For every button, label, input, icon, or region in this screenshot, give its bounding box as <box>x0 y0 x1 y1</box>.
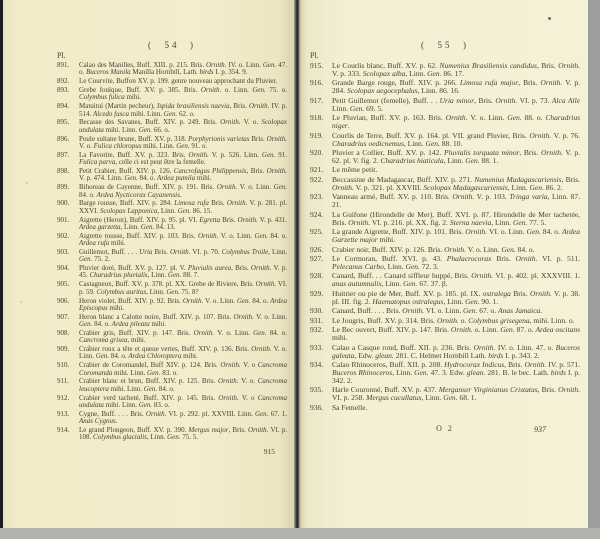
paper-speck <box>26 182 28 184</box>
catalog-entry: 903.Guillemot, Buff. . . . Uria Bris. Or… <box>57 249 287 264</box>
catalog-entry: 916.Grande Barge rouge, Buff. XIV. p. 26… <box>310 79 580 95</box>
catalog-entry: 900.Barge rousse, Buff. XIV. p. 284. Lim… <box>57 200 287 215</box>
entry-text: Le Jougris, Buff. XV. p. 314. Bris. Orni… <box>332 316 574 325</box>
entry-number: 902. <box>57 233 69 240</box>
entry-number: 910. <box>57 362 69 369</box>
paper-speck <box>20 301 22 303</box>
scan-edge-right <box>588 0 600 539</box>
entry-number: 913. <box>57 411 69 418</box>
page-number-left: ( 54 ) <box>57 40 287 50</box>
catalog-entry: 935.Harle Couronné, Buff. XV. p. 437. Me… <box>310 386 580 402</box>
entry-number: 897. <box>57 152 69 159</box>
catalog-entry: 926.Crabier noir, Buff. XIV. p. 126. Bri… <box>310 246 580 254</box>
plate-column-label-left: Pl. <box>57 51 287 60</box>
entry-text: Le Pluvian, Buff. XV. p. 163. Bris. Orni… <box>332 113 580 130</box>
entry-number: 928. <box>310 272 323 280</box>
catalog-entry: 901.Aigrette (Heron), Buff. XIV. p. 95. … <box>57 217 287 232</box>
entry-text: Aigrette rousse, Buff. XIV. p. 103. Bris… <box>79 232 287 247</box>
entry-number: 929. <box>310 290 323 298</box>
catalog-entry: 936.Sa Femelle. <box>310 404 580 412</box>
entry-number: 907. <box>57 314 69 321</box>
catalog-entry: 908.Crabier gris, Buff. XIV. p. 147. Bri… <box>57 330 287 345</box>
catalog-entry: 932.Le Bec ouvert, Buff. XIV. p. 147. Br… <box>310 326 580 342</box>
entry-text: Le Cormoran, Buff. XVI. p. 43. Phalacroc… <box>332 254 580 271</box>
entry-text: Crabier roux a tête et queue vertes, Buf… <box>79 345 287 360</box>
catalog-entry: 933.Calao a Casque rond, Buff. XII. p. 2… <box>310 344 580 360</box>
entry-text: Le Courlis blanc, Buff. XV. p. 62. Numen… <box>332 61 580 78</box>
entry-number: 927. <box>310 255 323 263</box>
scan-edge-left <box>0 0 3 539</box>
entry-number: 925. <box>310 228 323 236</box>
catalog-entry: 924.La Guifone (Hirondelle de Mer), Buff… <box>310 211 580 227</box>
entry-text: Crabier noir, Buff. XIV. p. 126. Bris. O… <box>332 245 535 254</box>
catalog-entry: 910.Crabier de Coromandel, Buff XIV. p. … <box>57 362 287 377</box>
catalog-entry: 930.Canard, Buff. . . . Bris. Ornith. VI… <box>310 307 580 315</box>
entry-number: 892. <box>57 78 69 85</box>
catalog-entry: 918.Le Pluvian, Buff. XV. p. 163. Bris. … <box>310 114 580 130</box>
catalog-entry: 891.Calao des Manilles, Buff. XIII. p. 2… <box>57 62 287 77</box>
catalog-entry: 899.Bihoreau de Cayenne, Buff. XIV. p. 1… <box>57 184 287 199</box>
entry-text: Aigrette (Heron), Buff. XIV. p. 95. pl. … <box>79 216 287 231</box>
catalog-entry: 925.La grande Aigrette, Buff. XIV. p. 10… <box>310 228 580 244</box>
catalog-entry: 894.Matuitui (Martin pecheur), Ispida br… <box>57 103 287 118</box>
entry-text: Heron blanc a Calotte noire, Buff. XIV. … <box>79 313 287 328</box>
entry-number: 905. <box>57 281 69 288</box>
entry-text: La grande Aigrette, Buff. XIV. p. 101. B… <box>332 227 580 244</box>
catalog-entry: 904.Pluvier doré, Buff. XV. p. 127. pl. … <box>57 265 287 280</box>
entry-text: Harle Couronné, Buff. XV. p. 437. Mergan… <box>332 385 580 402</box>
entry-text: Guillemot, Buff. . . . Uria Bris. Ornith… <box>79 248 287 263</box>
entry-number: 894. <box>57 103 69 110</box>
entry-text: Calao des Manilles, Buff. XIII. p. 215. … <box>79 61 287 76</box>
entry-number: 915. <box>310 62 323 70</box>
entry-number: 917. <box>310 97 323 105</box>
entry-number: 922. <box>310 176 323 184</box>
catchword-left: 915 <box>57 447 287 456</box>
entry-text: La Favorite, Buff. XV. p. 323. Bris. Orn… <box>79 151 287 166</box>
entry-text: Petit Crabier, Buff. XIV. p. 126. Cancro… <box>79 167 287 182</box>
catalog-entry: 897.La Favorite, Buff. XV. p. 323. Bris.… <box>57 152 287 167</box>
entry-text: Vanneau armé, Buff. XV. p. 110. Bris. Or… <box>332 192 580 209</box>
entry-number: 908. <box>57 330 69 337</box>
entry-text: Poule sultane brune, Buff. XV. p. 318. P… <box>79 135 287 150</box>
entry-number: 920. <box>310 149 323 157</box>
catalog-entry: 893.Grebe foulque, Buff. XV. p. 385. Bri… <box>57 87 287 102</box>
entry-number: 933. <box>310 344 323 352</box>
catchword-right: 937 <box>534 425 546 434</box>
catalog-entry: 934.Calao Rhinoceros, Buff. XII. p. 208.… <box>310 361 580 385</box>
entry-text: Calao a Casque rond, Buff. XII. p. 236. … <box>332 343 580 360</box>
entry-number: 912. <box>57 395 69 402</box>
entry-text: Courlis de Terre, Buff. XV. p. 164. pl. … <box>332 131 580 148</box>
catalog-entry: 912.Crabier verd tacheté, Buff. XIV. p. … <box>57 395 287 410</box>
entry-number: 904. <box>57 265 69 272</box>
entry-text: Grande Barge rouge, Buff. XIV. p. 266. L… <box>332 78 580 95</box>
catalog-entry: 915.Le Courlis blanc, Buff. XV. p. 62. N… <box>310 62 580 78</box>
paper-speck <box>88 345 90 347</box>
entry-text: Huitrier ou pie de Mer, Buff. XV. p. 185… <box>332 289 580 306</box>
catalog-entry: 913.Cygne, Buff. . . . Bris. Ornith. VI.… <box>57 411 287 426</box>
entry-number: 893. <box>57 87 69 94</box>
entry-list-right: 915.Le Courlis blanc, Buff. XV. p. 62. N… <box>310 62 580 412</box>
catalog-entry: 929.Huitrier ou pie de Mer, Buff. XV. p.… <box>310 290 580 306</box>
entry-number: 930. <box>310 307 323 315</box>
entry-text: Bihoreau de Cayenne, Buff. XIV. p. 191. … <box>79 183 287 198</box>
entry-number: 906. <box>57 298 69 305</box>
catalog-entry: 892.Le Courvite, Buffon XV. p. 199. genr… <box>57 78 287 85</box>
footer-row-right: O 2 937 <box>310 424 580 435</box>
entry-text: Crabier verd tacheté, Buff. XIV. p. 145.… <box>79 394 287 409</box>
entry-number: 898. <box>57 168 69 175</box>
entry-text: Becasse des Savanes, Buff. XIV. p. 249. … <box>79 118 287 133</box>
catalog-entry: 917.Petit Guillemot (femelle), Buff. . .… <box>310 97 580 113</box>
entry-number: 936. <box>310 404 323 412</box>
entry-text: Le Bec ouvert, Buff. XIV. p. 147. Bris. … <box>332 325 580 342</box>
entry-text: Le grand Plongeon, Buff. XV. p. 390. Mer… <box>79 426 287 441</box>
entry-text: Pluvier a Collier, Buff. XV. p. 142. Plu… <box>332 148 580 165</box>
entry-number: 919. <box>310 132 323 140</box>
entry-text: Barge rousse, Buff. XIV. p. 284. Limosa … <box>79 199 287 214</box>
catalog-entry: 923.Vanneau armé, Buff. XV. p. 110. Bris… <box>310 193 580 209</box>
entry-list-left: 891.Calao des Manilles, Buff. XIII. p. 2… <box>57 62 287 442</box>
catalog-entry: 898.Petit Crabier, Buff. XIV. p. 126. Ca… <box>57 168 287 183</box>
plate-column-label-right: Pl. <box>310 51 580 60</box>
entry-text: Crabier de Coromandel, Buff XIV. p. 124.… <box>79 361 287 376</box>
entry-number: 916. <box>310 79 323 87</box>
entry-number: 918. <box>310 114 323 122</box>
entry-number: 931. <box>310 317 323 325</box>
entry-number: 899. <box>57 184 69 191</box>
catalog-entry: 896.Poule sultane brune, Buff. XV. p. 31… <box>57 136 287 151</box>
entry-number: 895. <box>57 119 69 126</box>
entry-number: 926. <box>310 246 323 254</box>
entry-number: 896. <box>57 136 69 143</box>
entry-number: 909. <box>57 346 69 353</box>
entry-text: Sa Femelle. <box>332 403 367 412</box>
entry-text: Pluvier doré, Buff. XV. p. 127. pl. V. P… <box>79 264 287 279</box>
entry-number: 901. <box>57 217 69 224</box>
entry-text: Castagneux, Buff. XV. p. 378. pl. XX. Gr… <box>79 280 287 295</box>
entry-text: Calao Rhinoceros, Buff. XII. p. 208. Hyd… <box>332 360 580 385</box>
entry-text: Grebe foulque, Buff. XV. p. 385. Bris. O… <box>79 86 287 101</box>
catalog-entry: 905.Castagneux, Buff. XV. p. 378. pl. XX… <box>57 281 287 296</box>
entry-number: 891. <box>57 62 69 69</box>
paper-speck <box>548 17 551 20</box>
catalog-entry: 931.Le Jougris, Buff. XV. p. 314. Bris. … <box>310 317 580 325</box>
page-left: ( 54 ) Pl. 891.Calao des Manilles, Buff.… <box>3 0 297 528</box>
entry-text: Le Courvite, Buffon XV. p. 199. genre no… <box>79 77 277 85</box>
catalog-entry: 902.Aigrette rousse, Buff. XIV. p. 103. … <box>57 233 287 248</box>
entry-text: Cygne, Buff. . . . Bris. Ornith. VI. p. … <box>79 410 287 425</box>
entry-number: 911. <box>57 378 69 385</box>
entry-number: 923. <box>310 193 323 201</box>
book-scan: ( 54 ) Pl. 891.Calao des Manilles, Buff.… <box>0 0 600 539</box>
entry-text: Crabier gris, Buff. XIV. p. 147. Bris. O… <box>79 329 287 344</box>
entry-number: 914. <box>57 427 69 434</box>
catalog-entry: 909.Crabier roux a tête et queue vertes,… <box>57 346 287 361</box>
entry-number: 935. <box>310 386 323 394</box>
catalog-entry: 928.Canard, Buff. . . Canard siffleur hu… <box>310 272 580 288</box>
entry-number: 932. <box>310 326 323 334</box>
entry-text: La Guifone (Hirondelle de Mer), Buff. XV… <box>332 210 580 227</box>
catalog-entry: 914.Le grand Plongeon, Buff. XV. p. 390.… <box>57 427 287 442</box>
entry-number: 924. <box>310 211 323 219</box>
entry-text: Le même petit. <box>332 165 377 174</box>
entry-text: Canard, Buff. . . . Bris. Ornith. VI. o.… <box>332 306 542 315</box>
entry-text: Heron violet, Buff. XIV. p. 92. Bris. Or… <box>79 297 287 312</box>
catalog-entry: 920.Pluvier a Collier, Buff. XV. p. 142.… <box>310 149 580 165</box>
page-right: ( 55 ) Pl. 915.Le Courlis blanc, Buff. X… <box>300 0 588 528</box>
entry-number: 903. <box>57 249 69 256</box>
catalog-entry: 922.Beccassine de Madagascar, Buff. XIV.… <box>310 176 580 192</box>
catalog-entry: 919.Courlis de Terre, Buff. XV. p. 164. … <box>310 132 580 148</box>
entry-text: Matuitui (Martin pecheur), Ispida brasil… <box>79 102 287 117</box>
entry-number: 900. <box>57 200 69 207</box>
catalog-entry: 906.Heron violet, Buff. XIV. p. 92. Bris… <box>57 298 287 313</box>
catalog-entry: 911.Crabier blanc et brun, Buff. XIV. p.… <box>57 378 287 393</box>
catalog-entry: 907.Heron blanc a Calotte noire, Buff. X… <box>57 314 287 329</box>
entry-text: Beccassine de Madagascar, Buff. XIV. p. … <box>332 175 580 192</box>
entry-text: Crabier blanc et brun, Buff. XIV. p. 125… <box>79 377 287 392</box>
catalog-entry: 921.Le même petit. <box>310 166 580 174</box>
page-gutter <box>294 0 301 528</box>
entry-number: 921. <box>310 166 323 174</box>
catalog-entry: 895.Becasse des Savanes, Buff. XIV. p. 2… <box>57 119 287 134</box>
catalog-entry: 927.Le Cormoran, Buff. XVI. p. 43. Phala… <box>310 255 580 271</box>
page-number-right: ( 55 ) <box>310 40 580 50</box>
entry-number: 934. <box>310 361 323 369</box>
entry-text: Canard, Buff. . . Canard siffleur huppé,… <box>332 271 580 288</box>
entry-text: Petit Guillemot (femelle), Buff. . . Uri… <box>332 96 580 113</box>
scan-edge-bottom <box>0 528 600 539</box>
